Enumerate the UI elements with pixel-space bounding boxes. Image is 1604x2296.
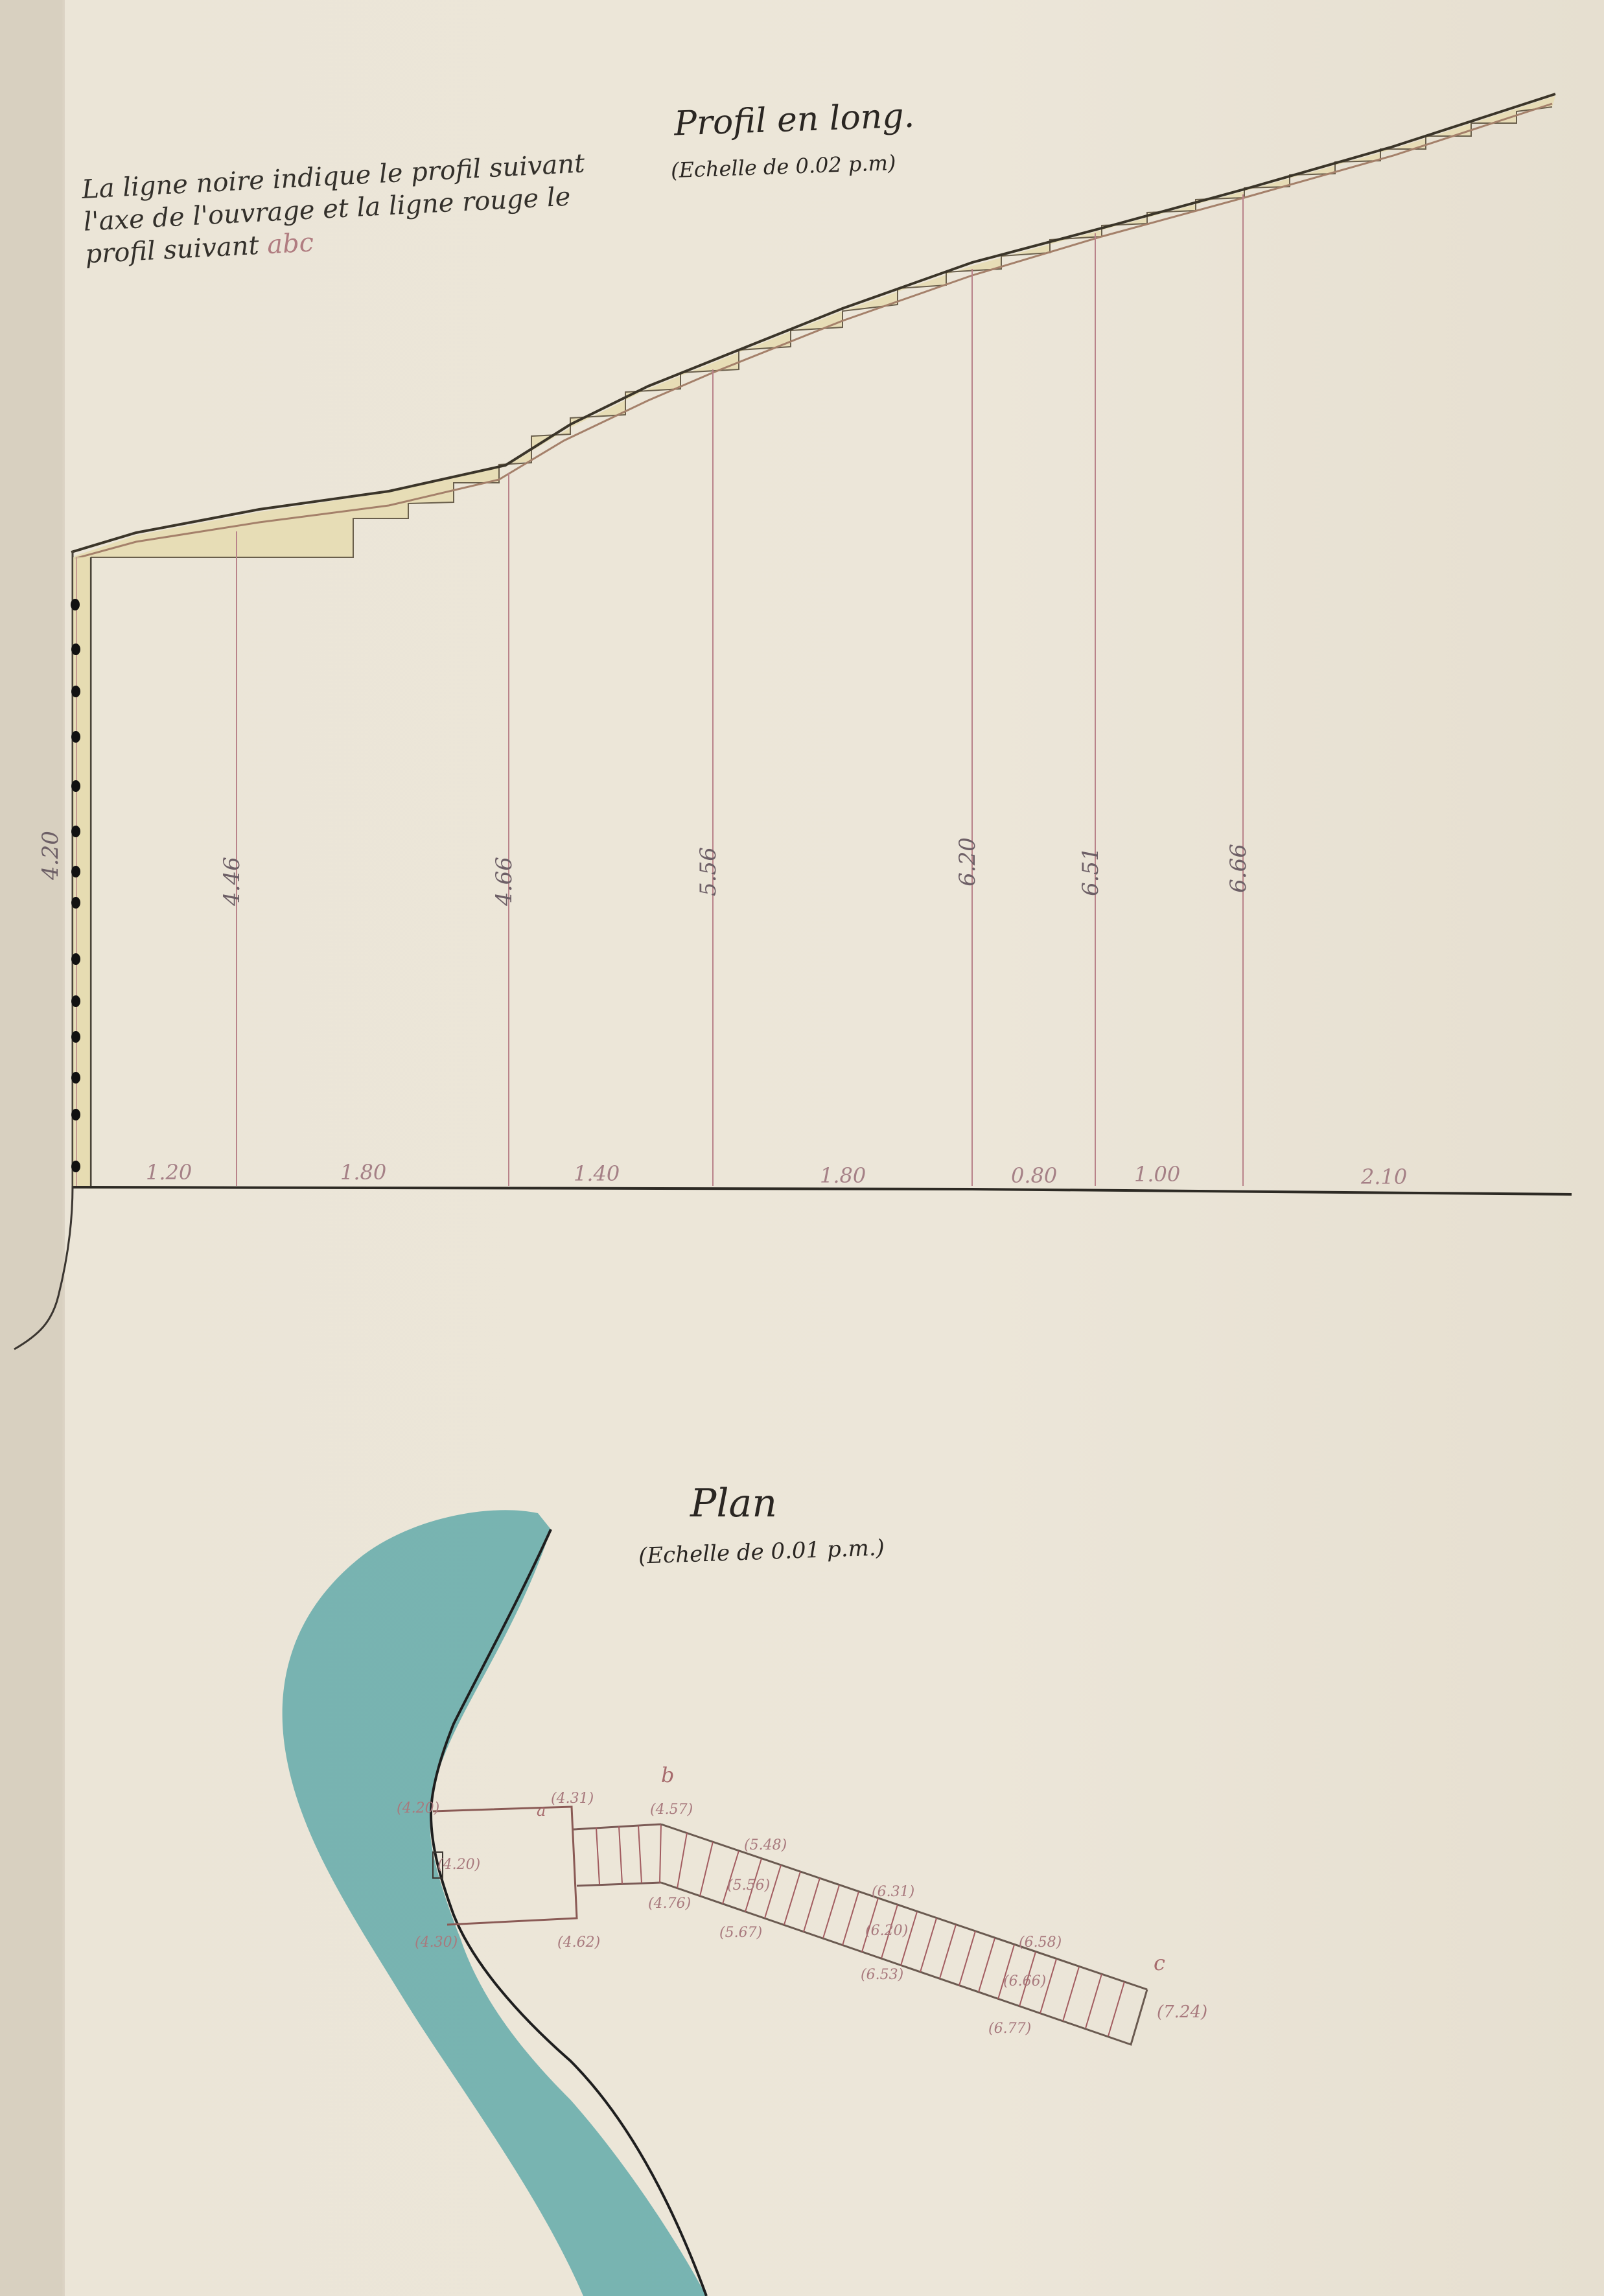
plan-stair-run-1 — [574, 1824, 661, 1886]
elev-c-end: (7.24) — [1157, 2002, 1207, 2022]
note-points-abc: abc — [266, 227, 314, 260]
elev-middle-left: (4.20) — [437, 1857, 480, 1873]
elev-top-left: (4.20) — [397, 1800, 439, 1816]
elev-end-center: (6.66) — [1003, 1973, 1046, 1989]
elev-end-top: (6.58) — [1019, 1934, 1062, 1951]
plan-title: Plan — [690, 1481, 777, 1526]
foundation-curve — [14, 1186, 73, 1349]
elev-end-bottom: (6.77) — [988, 2021, 1031, 2037]
height-label-5: 6.20 — [955, 837, 981, 887]
elev-upper-center: (6.20) — [865, 1923, 908, 1939]
distance-label-3: 1.40 — [574, 1161, 620, 1186]
water-area — [283, 1510, 706, 2296]
elev-mid-top: (5.48) — [744, 1837, 787, 1853]
profile-section — [14, 94, 1572, 1349]
elev-b-top: (4.57) — [650, 1802, 693, 1818]
elev-bottom-left: (4.30) — [415, 1934, 458, 1951]
station-lines — [237, 194, 1243, 1186]
elev-a-top-right: (4.31) — [551, 1791, 594, 1807]
point-c-label: c — [1154, 1951, 1165, 1975]
height-label-1: 4.20 — [38, 831, 64, 880]
profile-ground-line — [73, 1187, 1572, 1194]
elev-upper-bottom: (6.53) — [861, 1967, 903, 1983]
distance-label-7: 2.10 — [1361, 1165, 1407, 1189]
point-a-label: a — [537, 1802, 546, 1820]
distance-label-4: 1.80 — [820, 1163, 866, 1188]
drawing-canvas — [0, 0, 1604, 2296]
height-label-2: 4.46 — [219, 857, 245, 906]
height-label-6: 6.51 — [1078, 847, 1104, 896]
height-label-7: 6.66 — [1226, 844, 1251, 893]
elev-mid-center: (5.56) — [727, 1877, 770, 1894]
distance-label-5: 0.80 — [1011, 1163, 1057, 1188]
distance-label-1: 1.20 — [146, 1160, 192, 1185]
elev-mid-bottom: (5.67) — [719, 1925, 762, 1941]
height-label-3: 4.66 — [491, 857, 517, 906]
plan-section — [283, 1510, 1147, 2296]
elev-b-bottom: (4.76) — [648, 1896, 691, 1912]
distance-label-6: 1.00 — [1134, 1162, 1180, 1187]
distance-label-2: 1.80 — [340, 1160, 386, 1185]
point-b-label: b — [661, 1763, 674, 1787]
height-label-4: 5.56 — [695, 847, 721, 896]
elev-upper-top: (6.31) — [872, 1884, 914, 1900]
elev-a-bottom-right: (4.62) — [557, 1934, 600, 1951]
plan-steps-1 — [596, 1824, 661, 1884]
